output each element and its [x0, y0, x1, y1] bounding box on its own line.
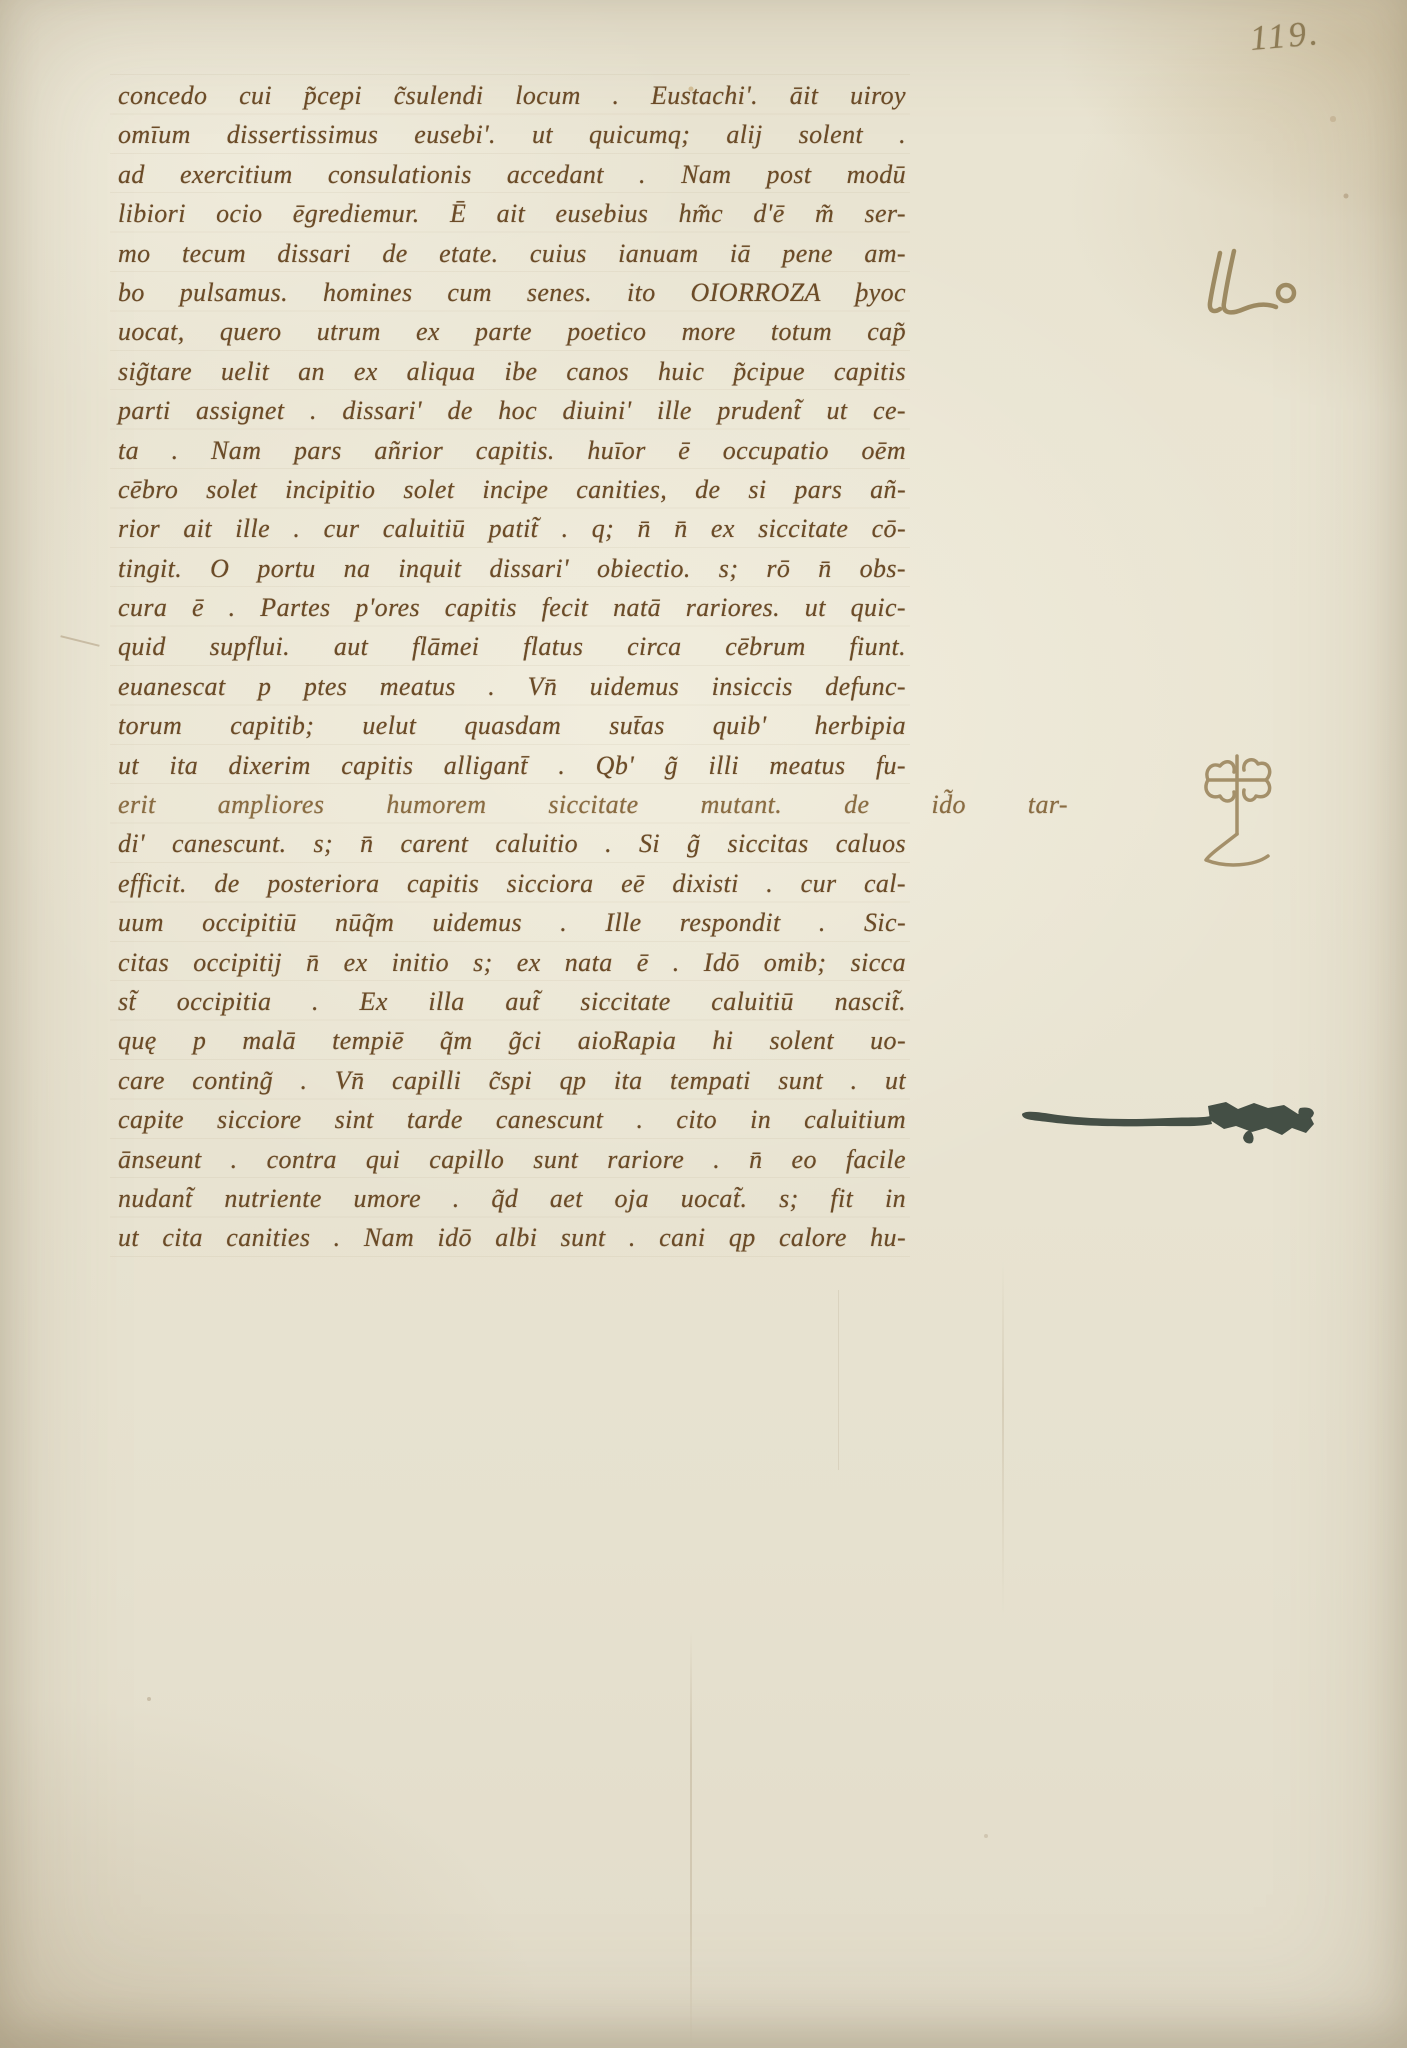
manuscript-line: ad exercitium consulationis accedant . N… — [118, 155, 906, 194]
manuscript-line: cēbro solet incipitio solet incipe canit… — [118, 470, 906, 509]
manuscript-line: uocat, quero utrum ex parte poetico more… — [118, 312, 906, 351]
parchment-crease — [690, 1630, 692, 2048]
ink-smear — [1018, 1078, 1318, 1148]
margin-llo-mark-icon — [1198, 245, 1308, 325]
manuscript-line: concedo cui p̃cepi c̃sulendi locum . Eus… — [118, 76, 906, 115]
manuscript-line: di' canescunt. s; n̄ carent caluitio . S… — [118, 824, 906, 863]
manuscript-line: tingit. O portu na inquit dissari' obiec… — [118, 549, 906, 588]
manuscript-line: cura ē . Partes p'ores capitis fecit nat… — [118, 588, 906, 627]
manuscript-line: parti assignet . dissari' de hoc diuini'… — [118, 391, 906, 430]
margin-nota-cross-icon — [1192, 742, 1282, 872]
manuscript-line: sig̃tare uelit an ex aliqua ibe canos hu… — [118, 352, 906, 391]
manuscript-line: omīum dissertissimus eusebi'. ut quicumq… — [118, 115, 906, 154]
manuscript-line: capite sicciore sint tarde canescunt . c… — [118, 1100, 906, 1139]
manuscript-line: ānseunt . contra qui capillo sunt rarior… — [118, 1140, 906, 1179]
parchment-specks — [0, 0, 2, 2]
parchment-crease — [838, 1290, 839, 1470]
manuscript-line: euanescat p ptes meatus . Vn̄ uidemus in… — [118, 667, 906, 706]
manuscript-page: 119. concedo cui p̃cepi c̃sulendi locum … — [0, 0, 1407, 2048]
manuscript-line-overflow: erit ampliores humorem siccitate mutant.… — [118, 785, 1068, 824]
manuscript-line: quę p malā tempiē q̃m g̃ci aioRapia hi s… — [118, 1021, 906, 1060]
parchment-crease — [1002, 1260, 1004, 1620]
manuscript-line: efficit. de posteriora capitis sicciora … — [118, 864, 906, 903]
manuscript-line: st̃ occipitia . Ex illa aut̃ siccitate c… — [118, 982, 906, 1021]
manuscript-line: ut cita canities . Nam idō albi sunt . c… — [118, 1218, 906, 1257]
manuscript-line: quid supflui. aut flāmei flatus circa cē… — [118, 627, 906, 666]
manuscript-line: rior ait ille . cur caluitiū patit̃ . q;… — [118, 509, 906, 548]
manuscript-line: ut ita dixerim capitis alligant̄ . Qb' g… — [118, 746, 906, 785]
manuscript-line: nudant̃ nutriente umore . q̃d aet oja uo… — [118, 1179, 906, 1218]
manuscript-line: libiori ocio ēgrediemur. Ē ait eusebius … — [118, 194, 906, 233]
manuscript-line: ta . Nam pars añrior capitis. huīor ē oc… — [118, 431, 906, 470]
manuscript-line: uum occipitiū nūq̃m uidemus . Ille respo… — [118, 903, 906, 942]
manuscript-line: citas occipitij n̄ ex initio s; ex nata … — [118, 943, 906, 982]
parchment-crease — [60, 635, 99, 647]
manuscript-line: bo pulsamus. homines cum senes. ito OIOR… — [118, 273, 906, 312]
text-block: concedo cui p̃cepi c̃sulendi locum . Eus… — [118, 76, 906, 1258]
manuscript-line: torum capitib; uelut quasdam sut̄as quib… — [118, 706, 906, 745]
folio-number: 119. — [1249, 13, 1323, 59]
manuscript-line: mo tecum dissari de etate. cuius ianuam … — [118, 234, 906, 273]
manuscript-line: care conting̃ . Vn̄ capilli c̃spi qp ita… — [118, 1061, 906, 1100]
